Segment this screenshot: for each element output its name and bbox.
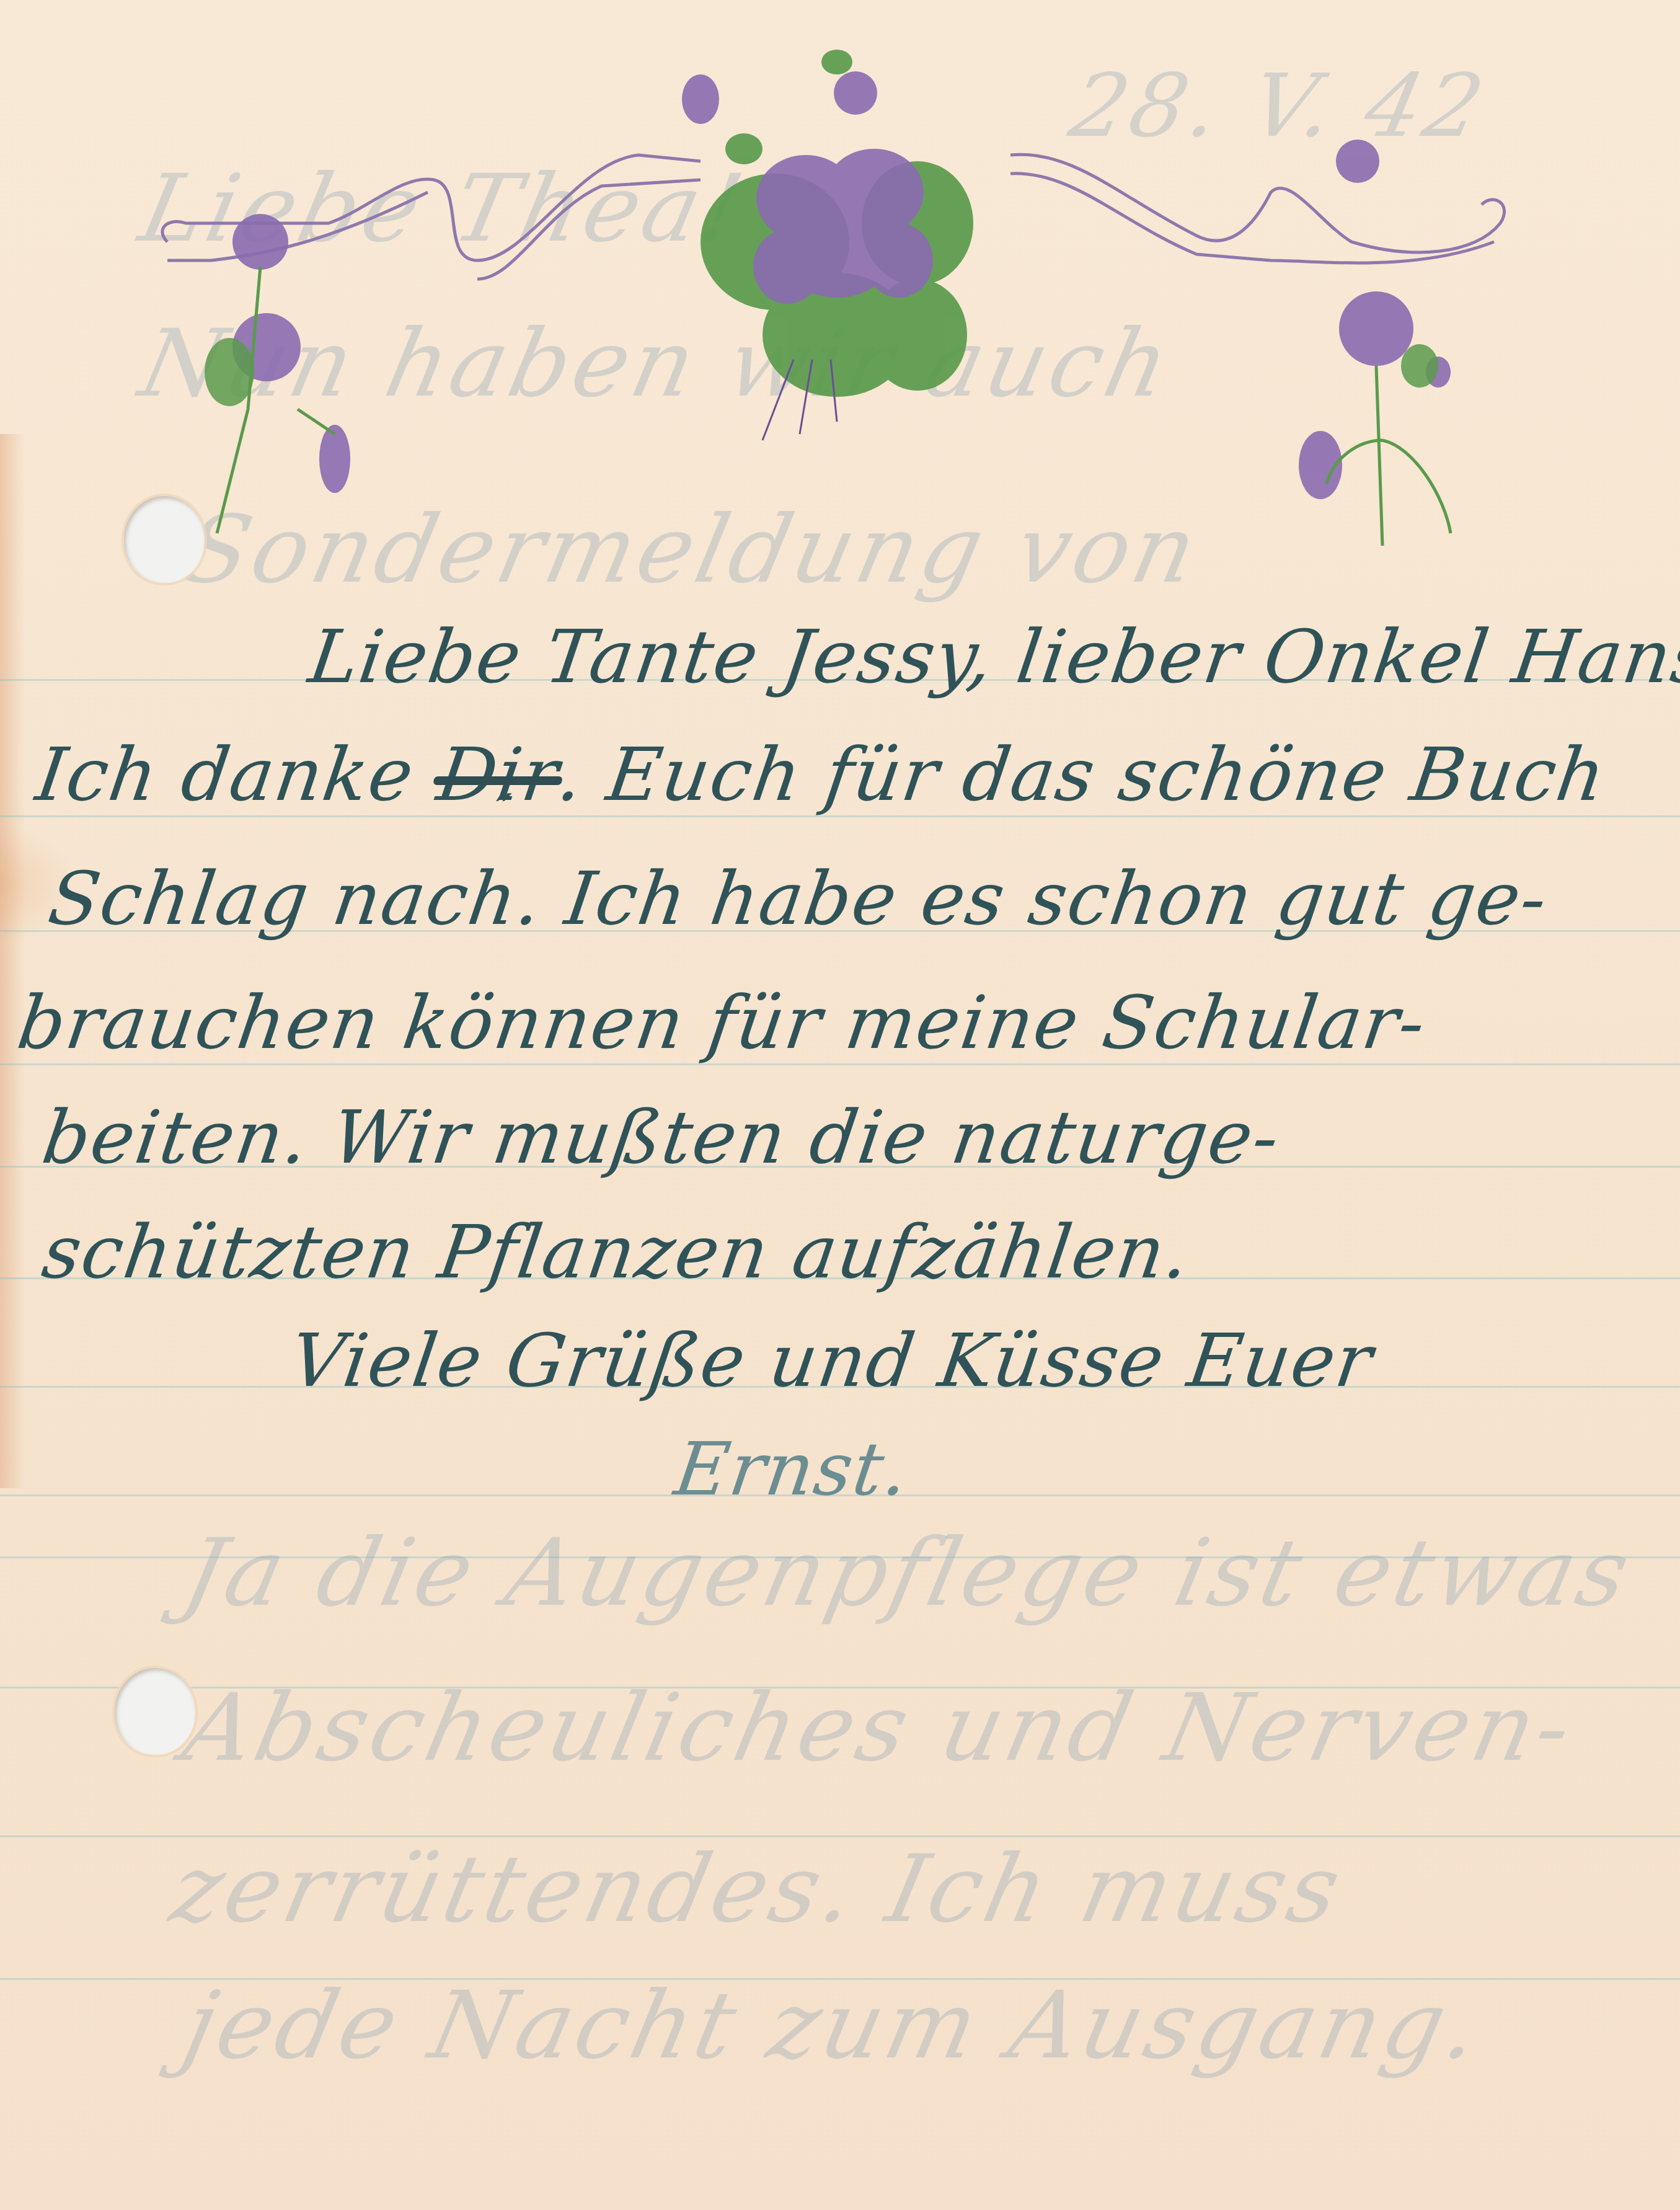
violet-bouquet-icon [143,37,1537,577]
letter-line-5: schützten Pflanzen aufzählen. [37,1209,1196,1295]
bleed-through-line: zerrüttendes. Ich muss [162,1835,1353,1943]
letter-line-3: brauchen können für meine Schular- [12,980,1431,1065]
letter-line-text: . Euch für das schöne Buch [553,732,1612,817]
letter-signature: Ernst. [670,1426,914,1512]
insertion-mark: ″ [496,784,512,835]
letter-salutation: Liebe Tante Jessy, lieber Onkel Hans! [304,614,1680,699]
edge-stain [0,434,25,1488]
letter-line-text: Ich danke [31,732,444,817]
letter-line-1: Ich danke Dir. Euch für das schöne Buch [31,732,1611,817]
letter-closing: Viele Grüße und Küsse Euer [285,1318,1378,1403]
letter-line-4: beiten. Wir mußten die naturge- [37,1094,1285,1180]
bleed-through-line: jede Nacht zum Ausgang. [175,1972,1492,2080]
bleed-through-line: Ja die Augenpflege ist etwas [175,1519,1642,1627]
letter-line-2: Schlag nach. Ich habe es schon gut ge- [43,856,1553,941]
punch-hole [115,1668,195,1755]
bleed-through-line: Abscheuliches und Nerven- [175,1674,1585,1782]
